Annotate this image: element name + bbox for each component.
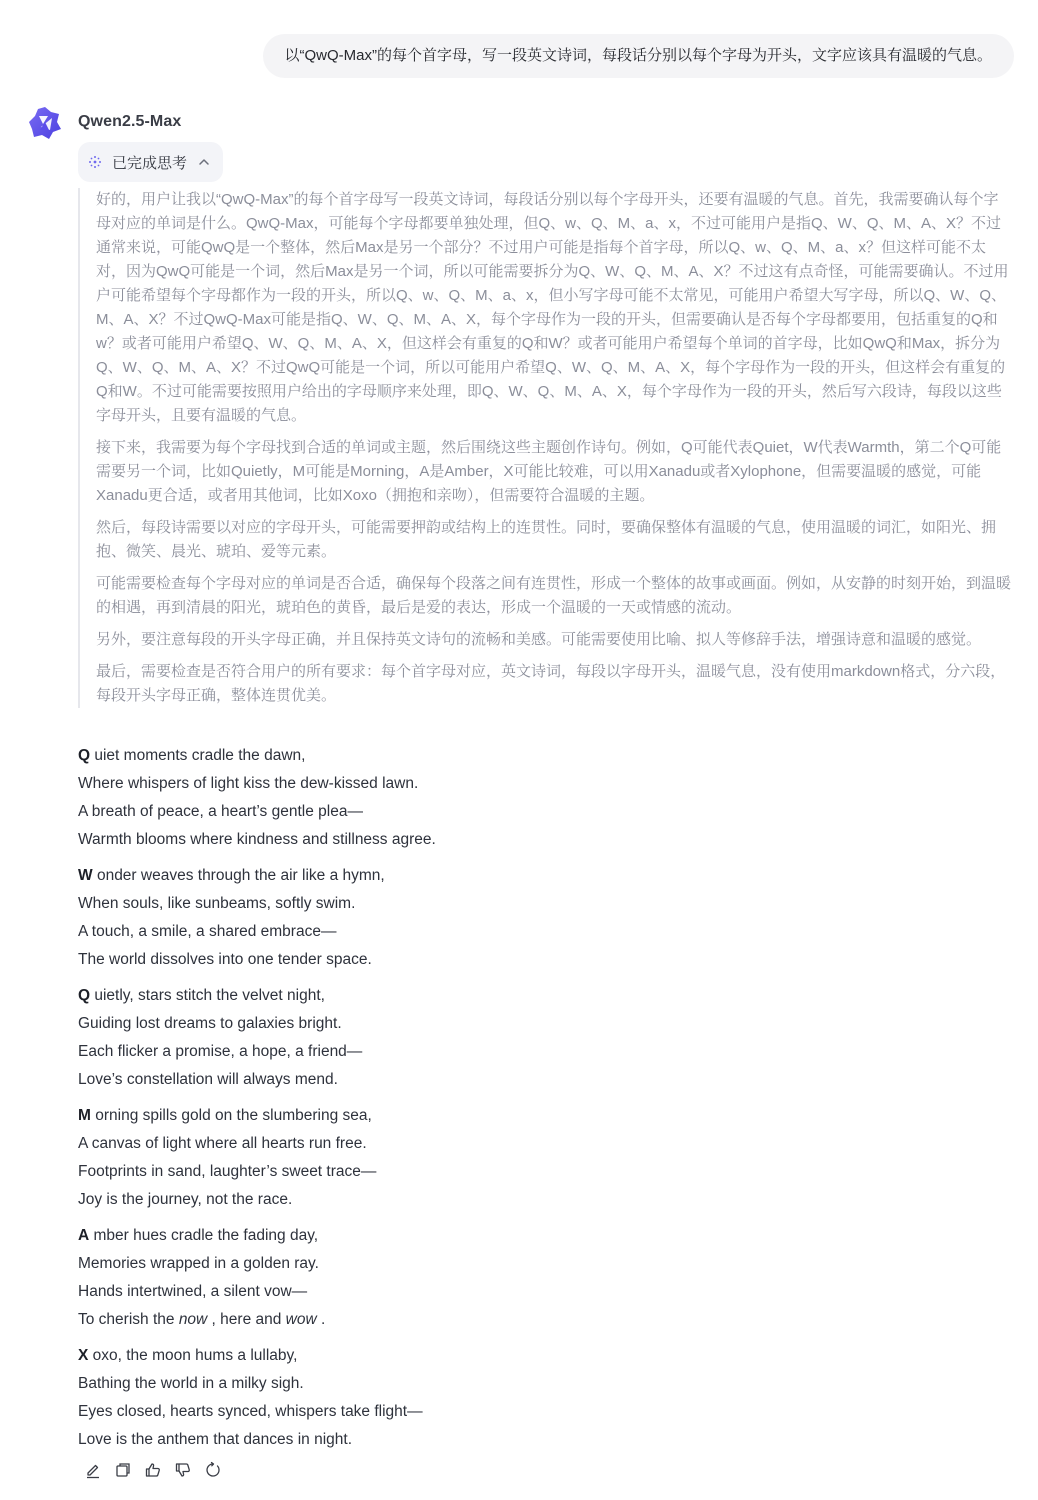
poem-line-text: To cherish the (78, 1311, 179, 1328)
poem-line: Warmth blooms where kindness and stillne… (78, 826, 978, 854)
poem-line: A breath of peace, a heart’s gentle plea… (78, 798, 978, 826)
user-message-bubble: 以“QwQ-Max”的每个首字母，写一段英文诗词，每段话分别以每个字母为开头，文… (263, 34, 1015, 78)
poem-line: Joy is the journey, not the race. (78, 1186, 978, 1214)
thinking-toggle-label: 已完成思考 (112, 152, 187, 173)
poem-line: Q uietly, stars stitch the velvet night, (78, 982, 978, 1010)
thinking-paragraph: 接下来，我需要为每个字母找到合适的单词或主题，然后围绕这些主题创作诗句。例如，Q… (96, 436, 1012, 508)
thinking-toggle-button[interactable]: 已完成思考 (78, 142, 223, 182)
poem-line: Memories wrapped in a golden ray. (78, 1250, 978, 1278)
pencil-icon (84, 1461, 102, 1479)
refresh-icon (204, 1461, 222, 1479)
stanza-initial: W (78, 867, 93, 884)
poem-line: Guiding lost dreams to galaxies bright. (78, 1010, 978, 1038)
copy-button[interactable] (114, 1461, 132, 1479)
message-actions (84, 1461, 222, 1479)
poem-line: The world dissolves into one tender spac… (78, 946, 978, 974)
thinking-paragraph: 好的，用户让我以“QwQ-Max”的每个首字母写一段英文诗词，每段话分别以每个字… (96, 188, 1012, 428)
poem-line: M orning spills gold on the slumbering s… (78, 1102, 978, 1130)
stanza-initial: Q (78, 987, 90, 1004)
poem-line: A canvas of light where all hearts run f… (78, 1130, 978, 1158)
poem-line: A mber hues cradle the fading day, (78, 1222, 978, 1250)
emphasis-text: now (179, 1311, 207, 1328)
poem-line-text: mber hues cradle the fading day, (89, 1227, 318, 1244)
poem-line: Love’s constellation will always mend. (78, 1066, 978, 1094)
thinking-paragraph: 另外，要注意每段的开头字母正确，并且保持英文诗句的流畅和美感。可能需要使用比喻、… (96, 628, 1012, 652)
stanza-a: A mber hues cradle the fading day, Memor… (78, 1222, 978, 1334)
thumbs-down-icon (174, 1461, 192, 1479)
thumbs-up-icon (144, 1461, 162, 1479)
stanza-initial: M (78, 1107, 91, 1124)
edit-button[interactable] (84, 1461, 102, 1479)
poem-line: Hands intertwined, a silent vow— (78, 1278, 978, 1306)
poem-line: Bathing the world in a milky sigh. (78, 1370, 978, 1398)
chat-page: 以“QwQ-Max”的每个首字母，写一段英文诗词，每段话分别以每个字母为开头，文… (0, 0, 1038, 1500)
emphasis-text: wow (286, 1311, 317, 1328)
poem-line: X oxo, the moon hums a lullaby, (78, 1342, 978, 1370)
poem-line: A touch, a smile, a shared embrace— (78, 918, 978, 946)
poem-line-text: orning spills gold on the slumbering sea… (91, 1107, 372, 1124)
poem-line: When souls, like sunbeams, softly swim. (78, 890, 978, 918)
model-name: Qwen2.5-Max (78, 113, 181, 131)
poem-line-text: . (317, 1311, 326, 1328)
like-button[interactable] (144, 1461, 162, 1479)
stanza-initial: X (78, 1347, 88, 1364)
poem-response: Q uiet moments cradle the dawn, Where wh… (78, 742, 978, 1462)
stanza-q2: Q uietly, stars stitch the velvet night,… (78, 982, 978, 1094)
poem-line: To cherish the now , here and wow . (78, 1306, 978, 1334)
copy-icon (114, 1461, 132, 1479)
stanza-x: X oxo, the moon hums a lullaby, Bathing … (78, 1342, 978, 1454)
sparkle-dots-icon (88, 155, 102, 169)
poem-line-text: , here and (207, 1311, 285, 1328)
poem-line-text: onder weaves through the air like a hymn… (93, 867, 385, 884)
thinking-content: 好的，用户让我以“QwQ-Max”的每个首字母写一段英文诗词，每段话分别以每个字… (78, 188, 1012, 708)
qwen-logo-icon (28, 106, 62, 140)
poem-line: Footprints in sand, laughter’s sweet tra… (78, 1158, 978, 1186)
poem-line-text: uietly, stars stitch the velvet night, (90, 987, 325, 1004)
dislike-button[interactable] (174, 1461, 192, 1479)
poem-line-text: uiet moments cradle the dawn, (90, 747, 305, 764)
poem-line-text: oxo, the moon hums a lullaby, (88, 1347, 297, 1364)
poem-line: Eyes closed, hearts synced, whispers tak… (78, 1398, 978, 1426)
stanza-m: M orning spills gold on the slumbering s… (78, 1102, 978, 1214)
poem-line: Where whispers of light kiss the dew-kis… (78, 770, 978, 798)
thinking-paragraph: 然后，每段诗需要以对应的字母开头，可能需要押韵或结构上的连贯性。同时，要确保整体… (96, 516, 1012, 564)
poem-line: W onder weaves through the air like a hy… (78, 862, 978, 890)
poem-line: Each flicker a promise, a hope, a friend… (78, 1038, 978, 1066)
thinking-paragraph: 可能需要检查每个字母对应的单词是否合适，确保每个段落之间有连贯性，形成一个整体的… (96, 572, 1012, 620)
thinking-paragraph: 最后，需要检查是否符合用户的所有要求：每个首字母对应，英文诗词，每段以字母开头，… (96, 660, 1012, 708)
user-message-row: 以“QwQ-Max”的每个首字母，写一段英文诗词，每段话分别以每个字母为开头，文… (263, 34, 1015, 78)
poem-line: Love is the anthem that dances in night. (78, 1426, 978, 1454)
stanza-initial: A (78, 1227, 89, 1244)
poem-line: Q uiet moments cradle the dawn, (78, 742, 978, 770)
stanza-w: W onder weaves through the air like a hy… (78, 862, 978, 974)
stanza-initial: Q (78, 747, 90, 764)
chevron-up-icon (197, 155, 211, 169)
stanza-q1: Q uiet moments cradle the dawn, Where wh… (78, 742, 978, 854)
regenerate-button[interactable] (204, 1461, 222, 1479)
